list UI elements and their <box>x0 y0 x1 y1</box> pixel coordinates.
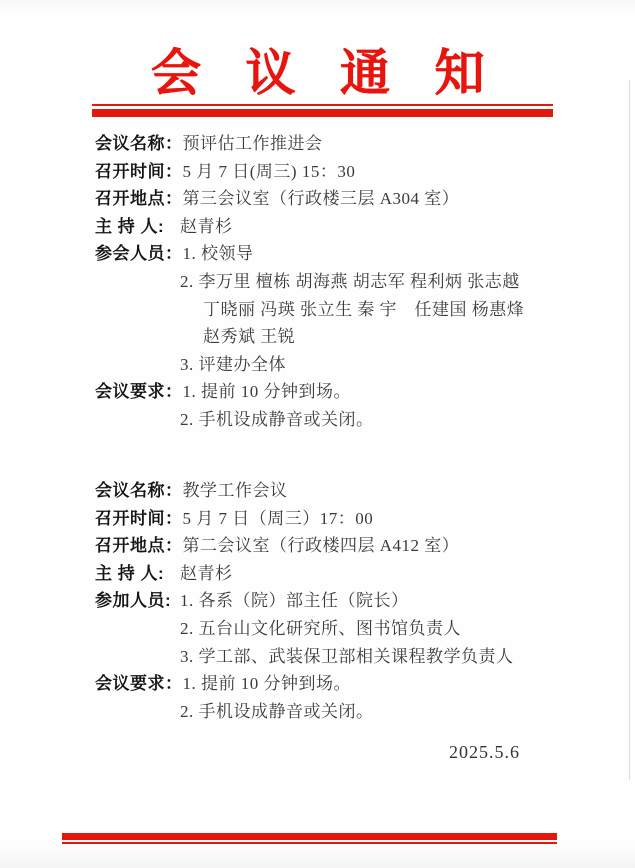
attendees-list-line: 2. 五台山文化研究所、图书馆负责人 <box>95 615 610 643</box>
attendees-list-line: 3. 评建办全体 <box>95 351 610 379</box>
field-value: 第三会议室（行政楼三层 A304 室） <box>183 185 611 213</box>
field-value: 1. 各系（院）部主任（院长） <box>180 587 610 615</box>
field-value: 教学工作会议 <box>183 477 611 505</box>
field-value: 赵秀斌 王锐 <box>180 323 610 351</box>
meeting-requirements-row: 会议要求： 1. 提前 10 分钟到场。 <box>95 670 610 698</box>
photo-edge-line <box>629 80 630 780</box>
field-value: 赵青杉 <box>180 560 610 588</box>
meeting-section-1: 会议名称： 预评估工作推进会 召开时间： 5 月 7 日(周三) 15：30 召… <box>95 130 610 434</box>
meeting-attendees-row: 参会人员： 1. 校领导 <box>95 240 610 268</box>
field-label: 召开时间： <box>95 505 183 533</box>
requirements-list-line: 2. 手机设成静音或关闭。 <box>95 698 610 726</box>
field-value: 1. 提前 10 分钟到场。 <box>183 670 611 698</box>
meeting-attendees-row: 参加人员: 1. 各系（院）部主任（院长） <box>95 587 610 615</box>
field-label: 召开地点： <box>95 532 183 560</box>
field-value: 3. 评建办全体 <box>180 351 610 379</box>
field-label: 主 持 人: <box>95 560 180 588</box>
field-value: 5 月 7 日(周三) 15：30 <box>183 158 611 186</box>
field-value: 5 月 7 日（周三）17：00 <box>183 505 611 533</box>
field-label: 会议要求： <box>95 670 183 698</box>
footer-rule <box>62 833 557 844</box>
meeting-name-row: 会议名称： 预评估工作推进会 <box>95 130 610 158</box>
meeting-host-row: 主 持 人: 赵青杉 <box>95 560 610 588</box>
field-label: 召开地点： <box>95 185 183 213</box>
field-value: 2. 手机设成静音或关闭。 <box>180 406 610 434</box>
notice-page: 会 议 通 知 会议名称： 预评估工作推进会 召开时间： 5 月 7 日(周三)… <box>0 0 635 868</box>
attendees-list-line: 丁晓丽 冯瑛 张立生 秦 宇 任建国 杨惠烽 <box>95 296 610 324</box>
meeting-time-row: 召开时间： 5 月 7 日（周三）17：00 <box>95 505 610 533</box>
field-value: 2. 五台山文化研究所、图书馆负责人 <box>180 615 610 643</box>
meeting-place-row: 召开地点： 第二会议室（行政楼四层 A412 室） <box>95 532 610 560</box>
footer-rule-thick-line <box>62 833 557 840</box>
meeting-section-2: 会议名称： 教学工作会议 召开时间： 5 月 7 日（周三）17：00 召开地点… <box>95 477 610 725</box>
footer-rule-thin-line <box>62 842 557 844</box>
field-value: 第二会议室（行政楼四层 A412 室） <box>183 532 611 560</box>
header-rule <box>92 104 553 117</box>
field-value: 2. 手机设成静音或关闭。 <box>180 698 610 726</box>
attendees-list-line: 3. 学工部、武装保卫部相关课程教学负责人 <box>95 643 610 671</box>
field-value: 预评估工作推进会 <box>183 130 611 158</box>
field-label: 会议名称： <box>95 477 183 505</box>
field-label: 会议名称： <box>95 130 183 158</box>
field-value: 2. 李万里 檀栋 胡海燕 胡志军 程利炳 张志越 <box>180 268 610 296</box>
field-value: 赵青杉 <box>180 213 610 241</box>
meeting-host-row: 主 持 人: 赵青杉 <box>95 213 610 241</box>
date-label: 2025.5.6 <box>0 742 520 763</box>
page-title: 会 议 通 知 <box>0 33 635 105</box>
meeting-time-row: 召开时间： 5 月 7 日(周三) 15：30 <box>95 158 610 186</box>
field-value: 1. 提前 10 分钟到场。 <box>183 378 611 406</box>
attendees-list-line: 2. 李万里 檀栋 胡海燕 胡志军 程利炳 张志越 <box>95 268 610 296</box>
field-value: 丁晓丽 冯瑛 张立生 秦 宇 任建国 杨惠烽 <box>180 296 610 324</box>
header-rule-thick-line <box>92 109 553 117</box>
field-label: 召开时间： <box>95 158 183 186</box>
field-label: 参会人员： <box>95 240 183 268</box>
field-value: 1. 校领导 <box>183 240 611 268</box>
field-label: 会议要求： <box>95 378 183 406</box>
field-label: 参加人员: <box>95 587 180 615</box>
meeting-name-row: 会议名称： 教学工作会议 <box>95 477 610 505</box>
meeting-place-row: 召开地点： 第三会议室（行政楼三层 A304 室） <box>95 185 610 213</box>
field-value: 3. 学工部、武装保卫部相关课程教学负责人 <box>180 643 610 671</box>
requirements-list-line: 2. 手机设成静音或关闭。 <box>95 406 610 434</box>
attendees-list-line: 赵秀斌 王锐 <box>95 323 610 351</box>
field-label: 主 持 人: <box>95 213 180 241</box>
meeting-requirements-row: 会议要求： 1. 提前 10 分钟到场。 <box>95 378 610 406</box>
